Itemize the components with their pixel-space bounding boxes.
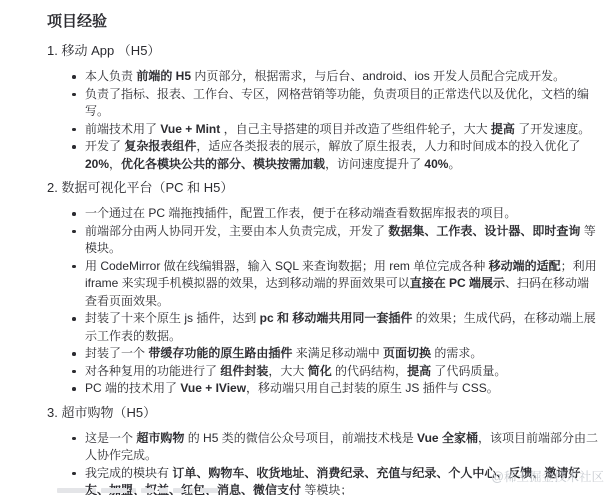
text-run-bold: pc 和 移动端共用同一套插件 bbox=[260, 311, 413, 325]
list-item: 一个通过在 PC 端拖拽插件，配置工作表，便于在移动端查看数据库报表的项目。 bbox=[85, 205, 601, 223]
text-run-bold: Vue 全家桶 bbox=[417, 431, 478, 445]
text-run: 了开发速度。 bbox=[515, 122, 590, 136]
list-item: 对各种复用的功能进行了 组件封装，大大 简化 的代码结构，提高 了代码质量。 bbox=[85, 363, 601, 381]
text-run: 本人负责 bbox=[85, 69, 136, 83]
bullet-list: 本人负责 前端的 H5 内页部分，根据需求，与后台、android、ios 开发… bbox=[47, 68, 601, 173]
text-run: 一个通过在 PC 端拖拽插件，配置工作表，便于在移动端查看数据库报表的项目。 bbox=[85, 206, 516, 220]
text-run: ，访问速度提升了 bbox=[325, 157, 424, 171]
text-run: 内页部分，根据需求，与后台、android、ios 开发人员配合完成开发。 bbox=[191, 69, 565, 83]
list-item: 用 CodeMirror 做在线编辑器，输入 SQL 来查询数据；用 rem 单… bbox=[85, 258, 601, 311]
text-run-bold: Vue + IView bbox=[180, 381, 246, 395]
text-run: 的需求。 bbox=[431, 346, 482, 360]
text-run: 负责了指标、报表、工作台、专区，网格营销等功能，负责项目的正常迭代以及优化，文档… bbox=[85, 87, 589, 119]
text-run: ，大大 bbox=[268, 364, 307, 378]
text-run-bold: 组件封装 bbox=[220, 364, 268, 378]
page-title: 项目经验 bbox=[47, 12, 601, 31]
text-run: ，适应各类报表的展示，解放了原生报表，人力和时间成本的投入优化了 bbox=[196, 139, 580, 153]
bullet-list: 这是一个 超市购物 的 H5 类的微信公众号项目，前端技术栈是 Vue 全家桶，… bbox=[47, 430, 601, 495]
section-heading: 3. 超市购物（H5） bbox=[47, 404, 601, 421]
sections-container: 1. 移动 App （H5）本人负责 前端的 H5 内页部分，根据需求，与后台、… bbox=[47, 42, 601, 495]
text-run: 封装了十来个原生 js 插件，达到 bbox=[85, 311, 260, 325]
text-run-bold: 提高 bbox=[407, 364, 431, 378]
list-item: 前端技术用了 Vue + Mint ，自己主导搭建的项目并改造了些组件轮子，大大… bbox=[85, 121, 601, 139]
watermark: @稀土掘金技术社区 bbox=[491, 470, 604, 485]
text-run-bold: 优化各模块公共的部分、模块按需加载 bbox=[121, 157, 325, 171]
list-item: 这是一个 超市购物 的 H5 类的微信公众号项目，前端技术栈是 Vue 全家桶，… bbox=[85, 430, 601, 465]
text-run: ，移动端只用自己封装的原生 JS 插件与 CSS。 bbox=[246, 381, 499, 395]
text-run: 对各种复用的功能进行了 bbox=[85, 364, 220, 378]
text-run: 这是一个 bbox=[85, 431, 136, 445]
section-heading: 1. 移动 App （H5） bbox=[47, 42, 601, 59]
section-heading: 2. 数据可视化平台（PC 和 H5） bbox=[47, 179, 601, 196]
text-run: 来满足移动端中 bbox=[292, 346, 383, 360]
text-run: 了代码质量。 bbox=[431, 364, 506, 378]
list-item: PC 端的技术用了 Vue + IView，移动端只用自己封装的原生 JS 插件… bbox=[85, 380, 601, 398]
text-run-bold: 40% bbox=[424, 157, 448, 171]
text-run-bold: 移动端的适配 bbox=[489, 259, 561, 273]
text-run-bold: 数据集、工作表、设计器、即时查询 bbox=[388, 224, 580, 238]
text-run: 前端部分由两人协同开发，主要由本人负责完成，开发了 bbox=[85, 224, 388, 238]
text-run: PC 端的技术用了 bbox=[85, 381, 180, 395]
text-run: 开发了 bbox=[85, 139, 124, 153]
list-item: 封装了十来个原生 js 插件，达到 pc 和 移动端共用同一套插件 的效果；生成… bbox=[85, 310, 601, 345]
text-run-bold: 超市购物 bbox=[136, 431, 184, 445]
text-run-bold: 页面切换 bbox=[383, 346, 431, 360]
text-run-bold: 直接在 PC 端展示 bbox=[410, 276, 505, 290]
bullet-list: 一个通过在 PC 端拖拽插件，配置工作表，便于在移动端查看数据库报表的项目。前端… bbox=[47, 205, 601, 398]
list-item: 封装了一个 带缓存功能的原生路由插件 来满足移动端中 页面切换 的需求。 bbox=[85, 345, 601, 363]
text-run: 我完成的模块有 bbox=[85, 466, 172, 480]
text-run-bold: 带缓存功能的原生路由插件 bbox=[148, 346, 292, 360]
text-run-bold: 复杂报表组件 bbox=[124, 139, 196, 153]
text-run: 前端技术用了 bbox=[85, 122, 160, 136]
text-run: 等模块； bbox=[301, 483, 352, 495]
document: 项目经验 1. 移动 App （H5）本人负责 前端的 H5 内页部分，根据需求… bbox=[0, 0, 615, 495]
text-run: 用 CodeMirror 做在线编辑器，输入 SQL 来查询数据；用 rem 单… bbox=[85, 259, 489, 273]
text-run: 的代码结构， bbox=[332, 364, 407, 378]
text-run-bold: 20% bbox=[85, 157, 109, 171]
list-item: 本人负责 前端的 H5 内页部分，根据需求，与后台、android、ios 开发… bbox=[85, 68, 601, 86]
text-run-bold: 简化 bbox=[308, 364, 332, 378]
text-run-bold: 提高 bbox=[491, 122, 515, 136]
list-item: 负责了指标、报表、工作台、专区，网格营销等功能，负责项目的正常迭代以及优化，文档… bbox=[85, 86, 601, 121]
clipped-text-remnant bbox=[57, 488, 218, 494]
text-run-bold: Vue + Mint bbox=[160, 122, 220, 136]
list-item: 前端部分由两人协同开发，主要由本人负责完成，开发了 数据集、工作表、设计器、即时… bbox=[85, 223, 601, 258]
text-run: 。 bbox=[448, 157, 460, 171]
list-item: 开发了 复杂报表组件，适应各类报表的展示，解放了原生报表，人力和时间成本的投入优… bbox=[85, 138, 601, 173]
text-run: ，自己主导搭建的项目并改造了些组件轮子，大大 bbox=[220, 122, 491, 136]
text-run: 封装了一个 bbox=[85, 346, 148, 360]
text-run-bold: 前端的 H5 bbox=[136, 69, 191, 83]
text-run: 的 H5 类的微信公众号项目，前端技术栈是 bbox=[184, 431, 417, 445]
text-run: ， bbox=[109, 157, 121, 171]
